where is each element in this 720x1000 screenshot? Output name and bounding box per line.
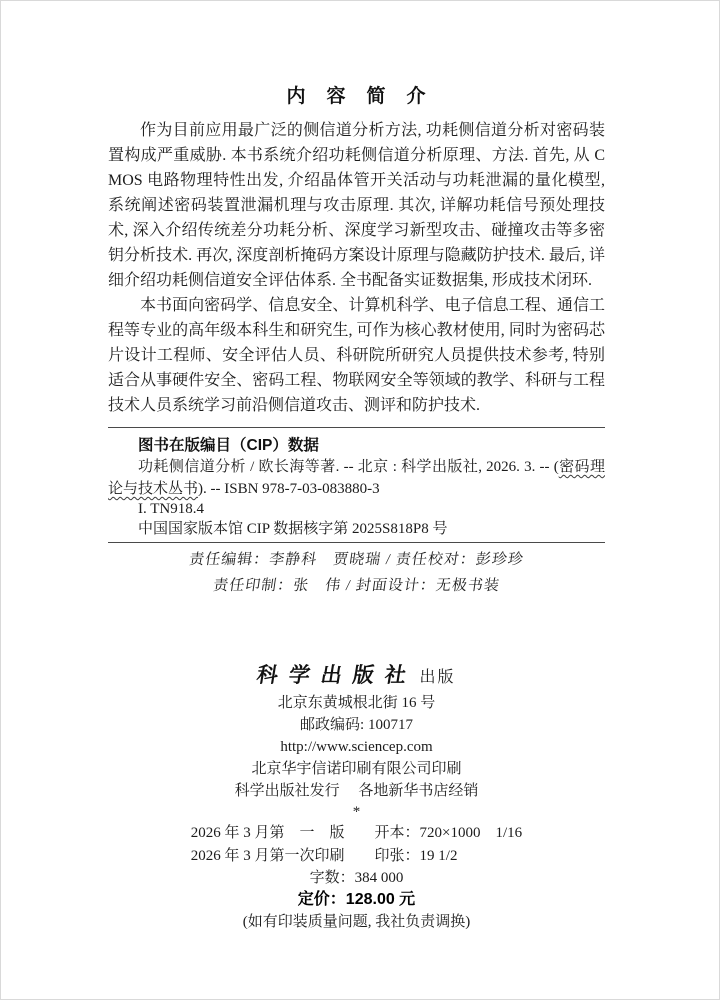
- quality-note: (如有印装质量问题, 我社负责调换): [108, 911, 605, 933]
- publisher-logo: 科学出版社: [255, 661, 419, 689]
- price: 定价：128.00 元: [108, 889, 605, 911]
- distribution-line: 科学出版社发行 各地新华书店经销: [108, 780, 605, 802]
- credits-section: 责任编辑：李静科 贾晓瑞 / 责任校对：彭珍珍 责任印制：张 伟 / 封面设计：…: [108, 547, 605, 599]
- divider-line-bottom: [108, 542, 605, 543]
- intro-paragraph-2: 本书面向密码学、信息安全、计算机科学、电子信息工程、通信工程等专业的高年级本科生…: [108, 293, 605, 418]
- cip-entry-suffix: ). -- ISBN 978-7-03-083880-3: [198, 481, 380, 497]
- printing-line: 2026 年 3 月第一次印刷 印张：19 1/2: [191, 845, 522, 868]
- publisher-address: 北京东黄城根北街 16 号: [108, 692, 605, 714]
- divider-line-top: [108, 427, 605, 428]
- word-count: 字数：384 000: [108, 868, 605, 889]
- page-content: 内 容 简 介 作为目前应用最广泛的侧信道分析方法, 功耗侧信道分析对密码装置构…: [108, 1, 605, 933]
- credit-line-editors: 责任编辑：李静科 贾晓瑞 / 责任校对：彭珍珍: [106, 547, 607, 573]
- cip-registration: 中国国家版本馆 CIP 数据核字第 2025S818P8 号: [108, 520, 605, 538]
- page-title: 内 容 简 介: [108, 85, 605, 109]
- cip-section: 图书在版编目（CIP）数据 功耗侧信道分析 / 欧长海等著. -- 北京 : 科…: [108, 436, 605, 538]
- edition-block-wrapper: 2026 年 3 月第 一 版 开本：720×1000 1/16 2026 年 …: [108, 822, 605, 868]
- credit-line-print-design: 责任印制：张 伟 / 封面设计：无极书装: [106, 573, 607, 599]
- intro-paragraph-1: 作为目前应用最广泛的侧信道分析方法, 功耗侧信道分析对密码装置构成严重威胁. 本…: [108, 118, 605, 293]
- printer-name: 北京华宇信诺印刷有限公司印刷: [108, 758, 605, 780]
- cip-classification: I. TN918.4: [108, 500, 605, 518]
- separator-asterisk: *: [108, 802, 605, 822]
- edition-line: 2026 年 3 月第 一 版 开本：720×1000 1/16: [191, 822, 522, 845]
- cip-heading: 图书在版编目（CIP）数据: [108, 436, 605, 456]
- cip-entry-prefix: 功耗侧信道分析 / 欧长海等著. -- 北京 : 科学出版社, 2026. 3.…: [138, 459, 559, 475]
- publisher-block: 科学出版社出版 北京东黄城根北街 16 号 邮政编码: 100717 http:…: [108, 661, 605, 933]
- edition-block: 2026 年 3 月第 一 版 开本：720×1000 1/16 2026 年 …: [191, 822, 522, 868]
- publisher-website: http://www.sciencep.com: [108, 736, 605, 758]
- copyright-page: 内 容 简 介 作为目前应用最广泛的侧信道分析方法, 功耗侧信道分析对密码装置构…: [0, 0, 720, 1000]
- cip-entry: 功耗侧信道分析 / 欧长海等著. -- 北京 : 科学出版社, 2026. 3.…: [108, 456, 605, 500]
- publisher-logo-suffix: 出版: [419, 669, 455, 686]
- publisher-postal-code: 邮政编码: 100717: [108, 714, 605, 736]
- publisher-logo-line: 科学出版社出版: [108, 661, 605, 692]
